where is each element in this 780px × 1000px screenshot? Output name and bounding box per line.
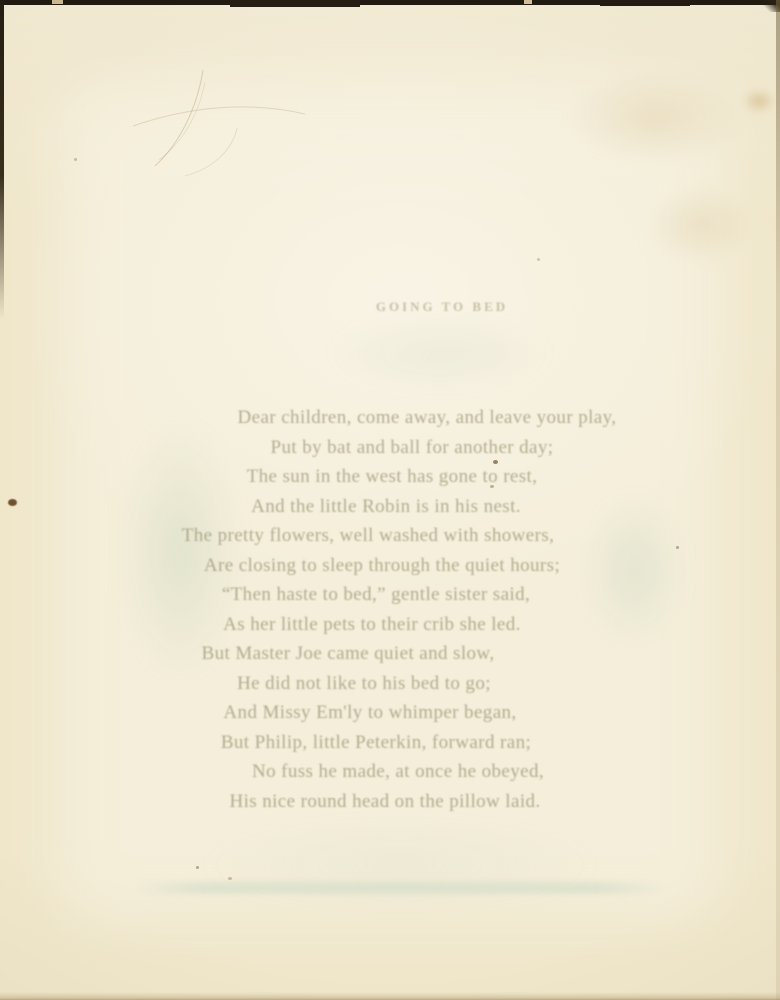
scan-edge-top-bump [230, 0, 360, 7]
verse-line: Are closing to sleep through the quiet h… [122, 551, 642, 581]
verse-line: No fuss he made, at once he obeyed, [138, 757, 658, 787]
verse-showthrough: Dear children, come away, and leave your… [130, 403, 650, 816]
scan-edge-chip [524, 0, 532, 4]
page-title-showthrough: GOING TO BED [337, 299, 547, 315]
verse-line: And the little Robin is in his nest. [126, 492, 646, 522]
verse-line: His nice round head on the pillow laid. [125, 787, 645, 817]
page-edge-right [776, 0, 780, 1000]
verse-line: As her little pets to their crib she led… [112, 610, 632, 640]
verse-line: And Missy Em'ly to whimper began, [110, 698, 630, 728]
scan-edge-left [0, 0, 4, 320]
showthrough-text-layer: GOING TO BED Dear children, come away, a… [0, 0, 780, 1000]
scan-edge-chip [52, 0, 63, 4]
verse-line: Dear children, come away, and leave your… [167, 403, 687, 433]
verse-line: The pretty flowers, well washed with sho… [108, 521, 628, 551]
verse-line: But Master Joe came quiet and slow, [88, 639, 608, 669]
scan-edge-top-bump [600, 0, 690, 6]
verse-line: The sun in the west has gone to rest, [132, 462, 652, 492]
verse-line: Put by bat and ball for another day; [152, 433, 672, 463]
verse-line: “Then haste to bed,” gentle sister said, [116, 580, 636, 610]
book-scan: GOING TO BED Dear children, come away, a… [0, 0, 780, 1000]
verse-line: He did not like to his bed to go; [104, 669, 624, 699]
page-edge-bottom [0, 992, 780, 1000]
verse-line: But Philip, little Peterkin, forward ran… [116, 728, 636, 758]
